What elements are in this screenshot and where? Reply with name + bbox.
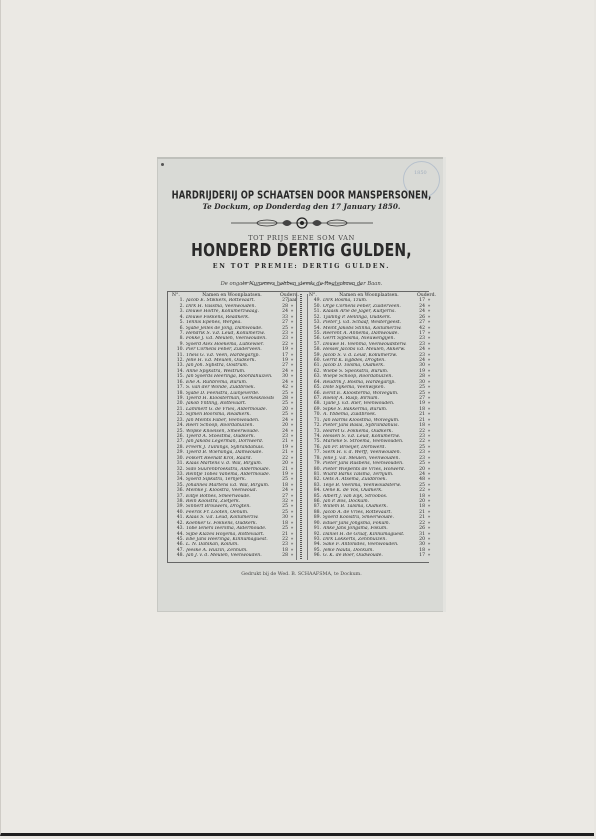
lane-note: De ongate Nummers hebben steeds de Regte… xyxy=(157,281,446,287)
entrant-age: 28 xyxy=(274,553,288,558)
age-unit: » xyxy=(425,553,433,558)
column-divider xyxy=(296,294,308,560)
entrant-number: 96. xyxy=(309,553,323,558)
pin-hole xyxy=(161,163,164,166)
entrants-list-right: 49.Dirk Bosma, Tzum.17»50.Orge Cornelis … xyxy=(309,298,433,558)
sheet-top-edge xyxy=(157,157,446,159)
premium-line: EN TOT PREMIE: DERTIG GULDEN. xyxy=(157,263,446,270)
poster-title: HARDRIJDERIJ OP SCHAATSEN DOOR MANSPERSO… xyxy=(157,189,446,202)
poster-subtitle: Te Dockum, op Donderdag den 17 January 1… xyxy=(157,202,446,211)
age-unit: » xyxy=(288,553,296,558)
entrants-table: N°. Namen en Woonplaatsen. Ouderd. 1.Jac… xyxy=(167,291,429,563)
poster-sheet: 1850 HARDRIJDERIJ OP SCHAATSEN DOOR MANS… xyxy=(157,157,446,612)
table-row: 48.Jan J. v. d. Meulen, Veenwouden.28» xyxy=(172,553,296,558)
printer-imprint: Gedrukt bij de Wed. B. SCHAAFSMA, te Doc… xyxy=(157,572,446,577)
entrants-column-right: N°. Namen en Woonplaatsen. Ouderd. 49.Di… xyxy=(309,292,433,562)
entrant-name: Jan J. v. d. Meulen, Veenwouden. xyxy=(186,553,274,558)
passe-partout-mat: 1850 HARDRIJDERIJ OP SCHAATSEN DOOR MANS… xyxy=(0,0,594,836)
prize-amount: HONDERD DERTIG GULDEN, xyxy=(157,241,446,261)
entrant-name: G. K. de Boer, Oudwoude. xyxy=(323,553,411,558)
entrant-age: 17 xyxy=(411,553,425,558)
stamp-text: 1850 xyxy=(414,170,427,176)
entrant-number: 48. xyxy=(172,553,186,558)
ornament-icon xyxy=(227,217,377,229)
entrants-list-left: 1.Jacob E. Stikkers, Rottevaart.27jaar2.… xyxy=(172,298,296,558)
entrants-column-left: N°. Namen en Woonplaatsen. Ouderd. 1.Jac… xyxy=(167,292,296,562)
ornament-divider xyxy=(157,217,446,229)
table-row: 96.G. K. de Boer, Oudwoude.17» xyxy=(309,553,433,558)
wavy-rule xyxy=(157,272,446,278)
